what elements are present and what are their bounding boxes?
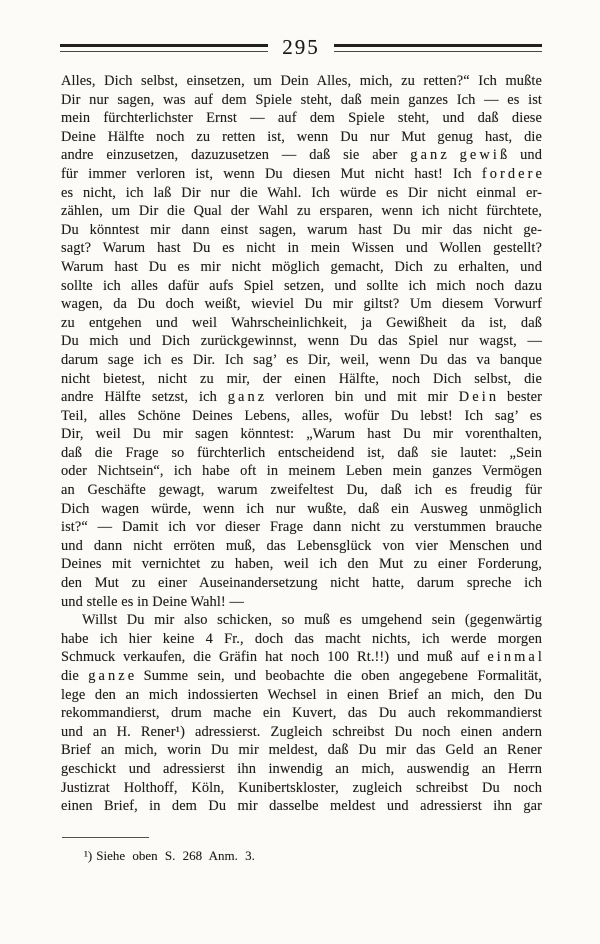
text-line: nicht bietest, nicht zu mir, der einen H…: [61, 370, 542, 389]
header-rule-right: [334, 44, 542, 52]
text-line: zählen, um Dir die Qual der Wahl zu ersp…: [61, 202, 542, 221]
text-line: Deine Hälfte noch zu retten ist, wenn Du…: [61, 128, 542, 147]
text-line: Teil, alles Schöne Deines Lebens, alles,…: [61, 407, 542, 426]
text-line: Warum hast Du es mir nicht möglich gemac…: [61, 258, 542, 277]
page-text: Alles, Dich selbst, einsetzen, um Dein A…: [61, 72, 542, 816]
footnote-rule: [62, 837, 149, 838]
text-line: geschickt und adressierst ihn inwendig a…: [61, 760, 542, 779]
text-line: und an H. Rener¹) adressierst. Zugleich …: [61, 723, 542, 742]
text-line: oder Nichtsein“, ich habe oft in meinem …: [61, 462, 542, 481]
text-line: Dir, weil Du mir sagen könntest: „Warum …: [61, 425, 542, 444]
page-number: 295: [268, 35, 334, 60]
footnote: ¹)Siehe oben S. 268 Anm. 3.: [84, 848, 255, 864]
text-line: andre Hälfte setzst, ich g a n z verlore…: [61, 388, 542, 407]
text-line: habe ich hier keine 4 Fr., doch das mach…: [61, 630, 542, 649]
text-line: für immer verloren ist, wenn Du diesen M…: [61, 165, 542, 184]
text-line: und dann nicht erröten muß, das Lebensgl…: [61, 537, 542, 556]
text-line: Justizrat Holthoff, Köln, Kunibertsklost…: [61, 779, 542, 798]
page-header: 295: [60, 33, 542, 61]
text-line: sagt? Warum hast Du es nicht in mein Wis…: [61, 239, 542, 258]
text-line: sollte ich alles dafür aufs Spiel setzen…: [61, 277, 542, 296]
text-line: darum sage ich es Dir. Ich sag’ es Dir, …: [61, 351, 542, 370]
text-line: lege den an mich indossierten Wechsel in…: [61, 686, 542, 705]
text-line: den Mut zu einer Auseinandersetzung nich…: [61, 574, 542, 593]
text-line: andre einzusetzen, dazuzusetzen — daß si…: [61, 146, 542, 165]
text-line: mein fürchterlichster Ernst — auf dem Sp…: [61, 109, 542, 128]
text-line: wagen, da Du doch weißt, wieviel Du mir …: [61, 295, 542, 314]
text-line: daß die Frage so fürchterlich entscheide…: [61, 444, 542, 463]
text-line: Dich wagen würde, wenn ich nur wußte, da…: [61, 500, 542, 519]
text-line: Dir nur sagen, was auf dem Spiele steht,…: [61, 91, 542, 110]
text-line: Schmuck verkaufen, die Gräfin hat noch 1…: [61, 648, 542, 667]
text-line: einen Brief, in dem Du mir dasselbe meld…: [61, 797, 542, 816]
footnote-marker: ¹): [84, 848, 96, 863]
text-line: und stelle es in Deine Wahl! —: [61, 593, 542, 612]
text-line: Du könntest mir dann einst sagen, warum …: [61, 221, 542, 240]
text-line: an Geschäfte gewagt, warum zweifeltest D…: [61, 481, 542, 500]
text-line: Willst Du mir also schicken, so muß es u…: [61, 611, 542, 630]
text-line: die g a n z e Summe sein, und beobachte …: [61, 667, 542, 686]
text-line: es nicht, ich laß Dir nur die Wahl. Ich …: [61, 184, 542, 203]
text-line: Alles, Dich selbst, einsetzen, um Dein A…: [61, 72, 542, 91]
text-line: Deines mit vernichtet zu haben, weil ich…: [61, 555, 542, 574]
footnote-text: Siehe oben S. 268 Anm. 3.: [96, 848, 255, 863]
header-rule-left: [60, 44, 268, 52]
text-line: rekommandierst, drum mache ein Kuvert, d…: [61, 704, 542, 723]
text-line: Brief an mich, worin Du mir meldest, daß…: [61, 741, 542, 760]
text-line: ist?“ — Damit ich vor dieser Frage dann …: [61, 518, 542, 537]
book-page: 295 Alles, Dich selbst, einsetzen, um De…: [0, 0, 600, 944]
text-line: zu entgehen und weil Wahrscheinlichkeit,…: [61, 314, 542, 333]
text-line: Du mich und Dich zurückgewinnst, wenn Du…: [61, 332, 542, 351]
